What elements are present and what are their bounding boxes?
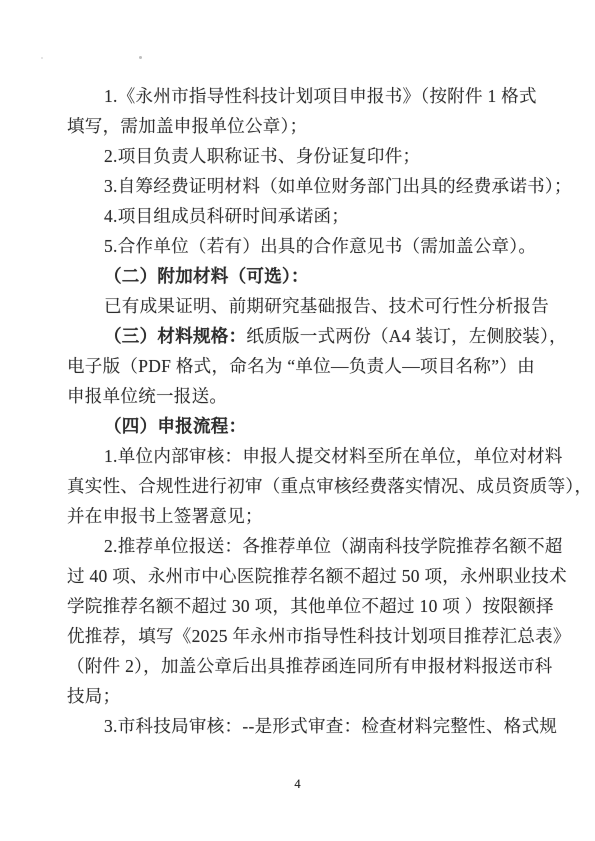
scan-speck xyxy=(41,57,43,59)
text-segment: 并在申报书上签署意见； xyxy=(67,506,263,526)
scan-speck xyxy=(139,56,142,59)
document-page: 1.《永州市指导性科技计划项目申报书》（按附件 1 格式填写，需加盖申报单位公章… xyxy=(0,0,595,841)
text-segment: 2.项目负责人职称证书、身份证复印件； xyxy=(104,146,420,166)
text-segment: 填写，需加盖申报单位公章）； xyxy=(67,116,307,136)
text-segment: 学院推荐名额不超过 30 项，其他单位不超过 10 项 ）按限额择 xyxy=(67,596,554,616)
text-segment: 技局； xyxy=(67,686,120,706)
text-segment: 电子版（PDF 格式，命名为 “单位—负责人—项目名称”）由 xyxy=(67,356,535,376)
text-segment: 5.合作单位（若有）出具的合作意见书（需加盖公章）。 xyxy=(104,236,536,256)
text-line: （附件 2），加盖公章后出具推荐函连同所有申报材料报送市科 xyxy=(67,651,537,681)
text-line: 4.项目组成员科研时间承诺函； xyxy=(67,201,537,231)
text-line: 3.市科技局审核：--是形式审查：检查材料完整性、格式规 xyxy=(67,711,537,741)
text-segment: （四）申报流程： xyxy=(104,416,246,436)
text-segment: 3.自筹经费证明材料（如单位财务部门出具的经费承诺书）； xyxy=(104,176,572,196)
text-line: 过 40 项、永州市中心医院推荐名额不超过 50 项，永州职业技术 xyxy=(67,561,537,591)
text-line: 真实性、合规性进行初审（重点审核经费落实情况、成员资质等）， xyxy=(67,471,537,501)
text-segment: 过 40 项、永州市中心医院推荐名额不超过 50 项，永州职业技术 xyxy=(67,566,567,586)
text-line: 优推荐，填写《2025 年永州市指导性科技计划项目推荐汇总表》 xyxy=(67,621,537,651)
text-line: （三）材料规格：纸质版一式两份（A4 装订，左侧胶装）， xyxy=(67,321,537,351)
text-segment: 申报单位统一报送。 xyxy=(67,386,227,406)
text-line: 技局； xyxy=(67,681,537,711)
text-segment: （附件 2），加盖公章后出具推荐函连同所有申报材料报送市科 xyxy=(67,656,553,676)
text-segment: 2.推荐单位报送：各推荐单位（湖南科技学院推荐名额不超 xyxy=(104,536,563,556)
text-line: 已有成果证明、前期研究基础报告、技术可行性分析报告 xyxy=(67,291,537,321)
text-line: 填写，需加盖申报单位公章）； xyxy=(67,111,537,141)
text-segment: （二）附加材料（可选）： xyxy=(104,266,309,286)
text-line: 2.推荐单位报送：各推荐单位（湖南科技学院推荐名额不超 xyxy=(67,531,537,561)
text-line: 3.自筹经费证明材料（如单位财务部门出具的经费承诺书）； xyxy=(67,171,537,201)
text-segment: 优推荐，填写《2025 年永州市指导性科技计划项目推荐汇总表》 xyxy=(67,626,571,646)
text-segment: 纸质版一式两份（A4 装订，左侧胶装）， xyxy=(246,326,567,346)
text-line: 电子版（PDF 格式，命名为 “单位—负责人—项目名称”）由 xyxy=(67,351,537,381)
text-segment: 1.单位内部审核：申报人提交材料至所在单位，单位对材料 xyxy=(104,446,563,466)
text-line: （四）申报流程： xyxy=(67,411,537,441)
text-line: 申报单位统一报送。 xyxy=(67,381,537,411)
text-line: 5.合作单位（若有）出具的合作意见书（需加盖公章）。 xyxy=(67,231,537,261)
text-segment: 已有成果证明、前期研究基础报告、技术可行性分析报告 xyxy=(104,296,549,316)
document-body: 1.《永州市指导性科技计划项目申报书》（按附件 1 格式填写，需加盖申报单位公章… xyxy=(67,81,537,741)
text-line: （二）附加材料（可选）： xyxy=(67,261,537,291)
text-line: 1.《永州市指导性科技计划项目申报书》（按附件 1 格式 xyxy=(67,81,537,111)
text-segment: 1.《永州市指导性科技计划项目申报书》（按附件 1 格式 xyxy=(104,86,537,106)
text-line: 学院推荐名额不超过 30 项，其他单位不超过 10 项 ）按限额择 xyxy=(67,591,537,621)
text-segment: 4.项目组成员科研时间承诺函； xyxy=(104,206,349,226)
text-line: 1.单位内部审核：申报人提交材料至所在单位，单位对材料 xyxy=(67,441,537,471)
text-segment: 3.市科技局审核：--是形式审查：检查材料完整性、格式规 xyxy=(104,716,557,736)
page-number: 4 xyxy=(0,774,595,794)
text-segment: 真实性、合规性进行初审（重点审核经费落实情况、成员资质等）， xyxy=(67,476,592,496)
text-segment: （三）材料规格： xyxy=(104,326,246,346)
text-line: 2.项目负责人职称证书、身份证复印件； xyxy=(67,141,537,171)
text-line: 并在申报书上签署意见； xyxy=(67,501,537,531)
